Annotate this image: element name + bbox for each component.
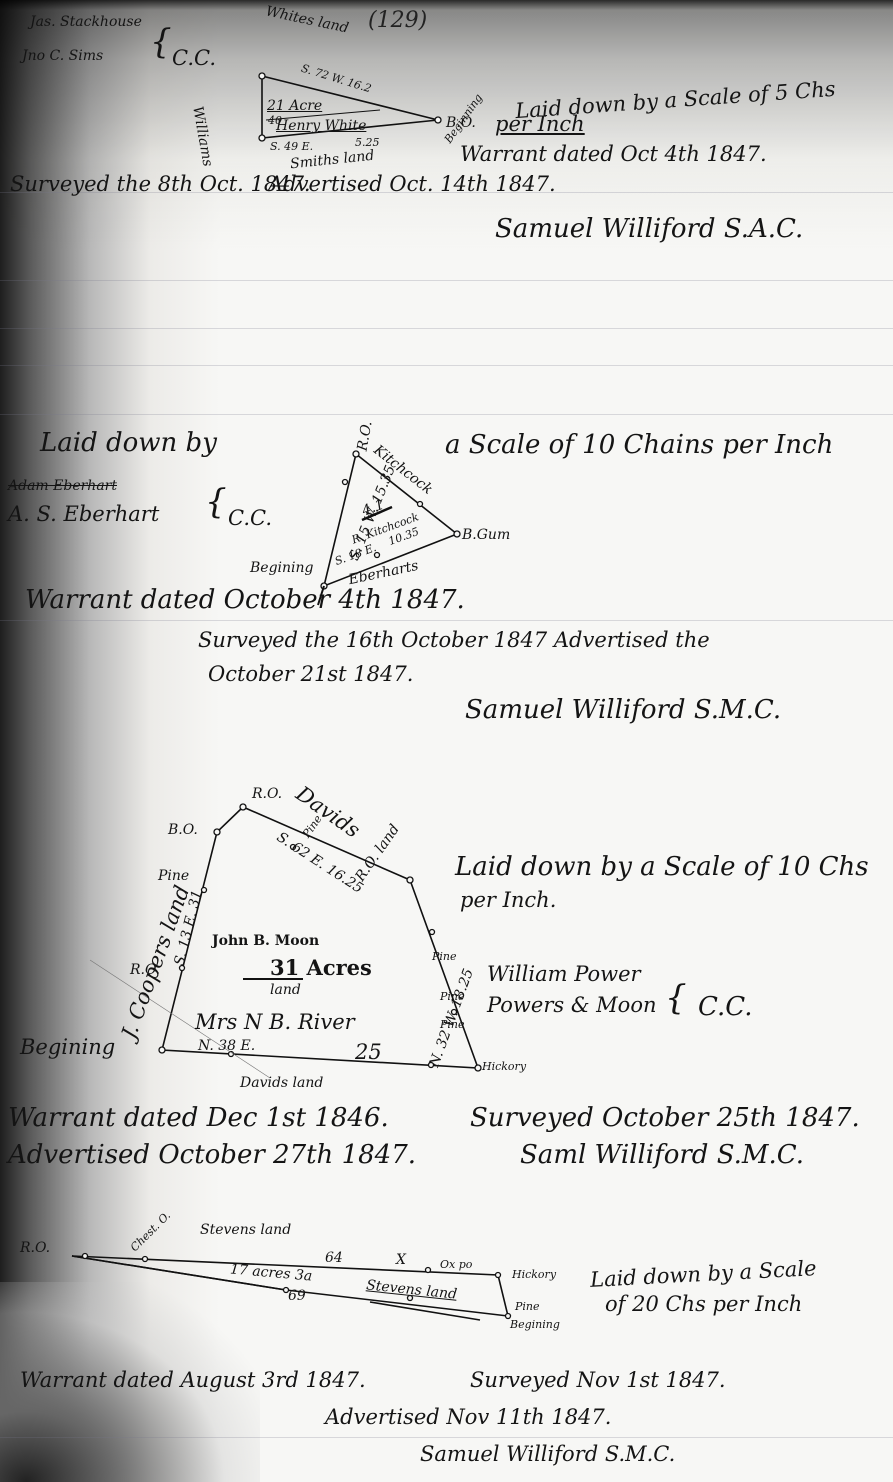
advertised-date: Advertised Nov 11th 1847. (325, 1405, 611, 1429)
warrant-date: Warrant dated Oct 4th 1847. (460, 142, 767, 166)
area-divider (243, 978, 303, 980)
survey-date: Surveyed the 8th Oct. 1847. (10, 172, 311, 196)
advertised-date: October 21st 1847. (208, 662, 413, 686)
surveyor-signature: Samuel Williford S.M.C. (420, 1442, 675, 1466)
warrant-date: Warrant dated October 4th 1847. (25, 585, 465, 615)
advertised-date: Advertised Oct. 14th 1847. (268, 172, 556, 196)
scale-note: Laid down by (40, 428, 217, 458)
plat-area-note: land (270, 982, 301, 998)
survey-date: Surveyed October 25th 1847. (470, 1103, 860, 1133)
plat-owner: Henry White (276, 118, 366, 134)
ruled-line (0, 620, 893, 621)
pine-label: Pine (432, 950, 457, 963)
survey-date: Surveyed Nov 1st 1847. (470, 1368, 726, 1392)
plat-area: 31 Acres (270, 955, 372, 980)
brace-symbol: { (665, 978, 687, 1018)
corner-label: B.O. (446, 115, 476, 131)
ledger-page: (129) Jas. Stackhouse Jno C. Sims { C.C.… (0, 0, 893, 1482)
claimant-name: Jno C. Sims (22, 48, 103, 64)
adjoiner-label: Davids land (240, 1075, 323, 1091)
corner-label: R.O. (252, 786, 282, 802)
corner-label: R.O. (130, 962, 160, 978)
boundary-distance: 25 (355, 1040, 382, 1064)
brace-symbol: { (150, 22, 172, 62)
plat-owner: John B. Moon (212, 933, 319, 949)
scale-note: per Inch (495, 112, 585, 136)
claimant-name: Powers & Moon (487, 993, 657, 1017)
plat-area: 21 Acre (267, 98, 322, 114)
boundary-distance: 5.25 (355, 136, 380, 149)
boundary-call: S. 49 E. (270, 140, 313, 153)
warrant-date: Warrant dated Dec 1st 1846. (8, 1103, 389, 1133)
ruled-line (0, 365, 893, 366)
scale-note: Laid down by a Scale (590, 1256, 818, 1292)
ruled-line (0, 1437, 893, 1438)
boundary-call: 69 (288, 1288, 306, 1304)
corner-label: Pine (515, 1300, 540, 1313)
beginning-label: Begining (510, 1318, 560, 1331)
plat-marker: Ox po (440, 1258, 472, 1271)
plat-marker: X (396, 1252, 406, 1268)
advertised-date: Advertised October 27th 1847. (8, 1140, 416, 1170)
ruled-line (0, 280, 893, 281)
survey-date: Surveyed the 16th October 1847 Advertise… (198, 628, 710, 652)
warrant-date: Warrant dated August 3rd 1847. (20, 1368, 366, 1392)
surveyor-signature: Samuel Williford S.M.C. (465, 695, 781, 725)
claimant-name: A. S. Eberhart (8, 502, 159, 526)
adjoiner-label: Stevens land (200, 1222, 291, 1238)
beginning-label: Begining (250, 560, 314, 576)
scale-note: of 20 Chs per Inch (605, 1292, 802, 1316)
surveyor-signature: Saml Williford S.M.C. (520, 1140, 804, 1170)
corner-label: Hickory (512, 1268, 556, 1281)
corner-label: Hickory (482, 1060, 526, 1073)
claimant-name: Jas. Stackhouse (30, 14, 142, 30)
corner-label: B.Gum (462, 527, 510, 543)
corner-label: B.O. (168, 822, 198, 838)
brace-symbol: { (205, 482, 227, 522)
corner-label: R.O. (20, 1240, 50, 1256)
pine-label: Pine (440, 1018, 465, 1031)
claimant-suffix: C.C. (228, 506, 272, 530)
pine-label: Pine (440, 990, 465, 1003)
pine-label: Pine (158, 868, 189, 884)
scale-note: per Inch. (460, 888, 556, 912)
plat-diagram-4 (60, 1240, 520, 1330)
ruled-line (0, 414, 893, 415)
boundary-call: 64 (325, 1250, 343, 1266)
beginning-label: Begining (20, 1035, 115, 1059)
ruled-line (0, 328, 893, 329)
inner-adjoiner: Mrs N B. River (195, 1010, 355, 1034)
claimant-suffix: C.C. (698, 992, 752, 1022)
claimant-name: Adam Eberhart (8, 478, 117, 494)
claimant-name: William Power (487, 962, 641, 986)
page-number: (129) (368, 8, 427, 33)
scale-note: Laid down by a Scale of 10 Chs (455, 852, 869, 882)
surveyor-signature: Samuel Williford S.A.C. (495, 214, 803, 244)
boundary-call: N. 38 E. (198, 1038, 255, 1054)
